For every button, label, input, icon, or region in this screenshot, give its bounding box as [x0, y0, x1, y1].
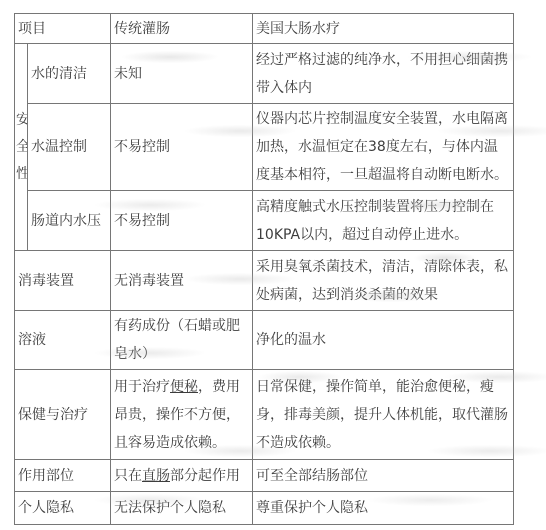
column-header-item: 项目	[15, 14, 111, 44]
cell-traditional-water-temperature-control: 不易控制	[111, 104, 253, 191]
enema-vs-hydrotherapy-comparison-table: 项目 传统灌肠 美国大肠水疗 安全性 水的清洁 未知 经过严格过滤的纯净水，不用…	[14, 13, 514, 525]
table-row-intestinal-water-pressure: 肠道内水压 不易控制 高精度触式水压控制装置将压力控制在10KPA以内，超过自动…	[15, 191, 514, 251]
text-fragment: 部分起作用	[170, 468, 240, 484]
row-label-healthcare-treatment: 保健与治疗	[15, 370, 111, 460]
text-fragment: 只在	[114, 468, 142, 484]
table-row-solution: 溶液 有药成份（石蜡或肥皂水） 净化的温水	[15, 311, 514, 370]
cell-traditional-disinfection-device: 无消毒装置	[111, 251, 253, 311]
table-row-water-cleanliness: 安全性 水的清洁 未知 经过严格过滤的纯净水，不用担心细菌携带入体内	[15, 44, 514, 104]
row-label-disinfection-device: 消毒装置	[15, 251, 111, 311]
row-label-water-cleanliness: 水的清洁	[28, 44, 111, 104]
cell-hydrotherapy-water-temperature-control: 仪器内芯片控制温度安全装置，水电隔离加热，水温恒定在38度左右，与体内温度基本相…	[253, 104, 514, 191]
cell-hydrotherapy-healthcare-treatment: 日常保健，操作简单，能治愈便秘，瘦身，排毒美颜，提升人体机能，取代灌肠不造成依赖…	[253, 370, 514, 460]
cell-traditional-solution: 有药成份（石蜡或肥皂水）	[111, 311, 253, 370]
safety-group-label: 安全性	[15, 44, 28, 251]
row-label-solution: 溶液	[15, 311, 111, 370]
row-label-intestinal-water-pressure: 肠道内水压	[28, 191, 111, 251]
cell-traditional-intestinal-water-pressure: 不易控制	[111, 191, 253, 251]
constipation-term-link[interactable]: 便秘	[170, 379, 198, 395]
cell-traditional-personal-privacy: 无法保护个人隐私	[111, 492, 253, 525]
comparison-table-wrapper: 项目 传统灌肠 美国大肠水疗 安全性 水的清洁 未知 经过严格过滤的纯净水，不用…	[14, 13, 514, 525]
rectum-term-link[interactable]: 直肠	[142, 468, 170, 484]
cell-hydrotherapy-solution: 净化的温水	[253, 311, 514, 370]
table-row-water-temperature-control: 水温控制 不易控制 仪器内芯片控制温度安全装置，水电隔离加热，水温恒定在38度左…	[15, 104, 514, 191]
header-row: 项目 传统灌肠 美国大肠水疗	[15, 14, 514, 44]
cell-hydrotherapy-action-site: 可至全部结肠部位	[253, 460, 514, 492]
row-label-personal-privacy: 个人隐私	[15, 492, 111, 525]
text-fragment: 用于治疗	[114, 379, 170, 395]
table-row-disinfection-device: 消毒装置 无消毒装置 采用臭氧杀菌技术，清洁，清除体表，私处病菌，达到消炎杀菌的…	[15, 251, 514, 311]
cell-hydrotherapy-intestinal-water-pressure: 高精度触式水压控制装置将压力控制在10KPA以内，超过自动停止进水。	[253, 191, 514, 251]
column-header-traditional-enema: 传统灌肠	[111, 14, 253, 44]
column-header-us-colon-hydrotherapy: 美国大肠水疗	[253, 14, 514, 44]
table-row-healthcare-treatment: 保健与治疗 用于治疗便秘，费用昂贵，操作不方便，且容易造成依赖。 日常保健，操作…	[15, 370, 514, 460]
table-row-personal-privacy: 个人隐私 无法保护个人隐私 尊重保护个人隐私	[15, 492, 514, 525]
cell-hydrotherapy-water-cleanliness: 经过严格过滤的纯净水，不用担心细菌携带入体内	[253, 44, 514, 104]
cell-traditional-healthcare-treatment: 用于治疗便秘，费用昂贵，操作不方便，且容易造成依赖。	[111, 370, 253, 460]
cell-hydrotherapy-disinfection-device: 采用臭氧杀菌技术，清洁，清除体表，私处病菌，达到消炎杀菌的效果	[253, 251, 514, 311]
cell-traditional-action-site: 只在直肠部分起作用	[111, 460, 253, 492]
cell-traditional-water-cleanliness: 未知	[111, 44, 253, 104]
row-label-water-temperature-control: 水温控制	[28, 104, 111, 191]
table-row-action-site: 作用部位 只在直肠部分起作用 可至全部结肠部位	[15, 460, 514, 492]
row-label-action-site: 作用部位	[15, 460, 111, 492]
cell-hydrotherapy-personal-privacy: 尊重保护个人隐私	[253, 492, 514, 525]
